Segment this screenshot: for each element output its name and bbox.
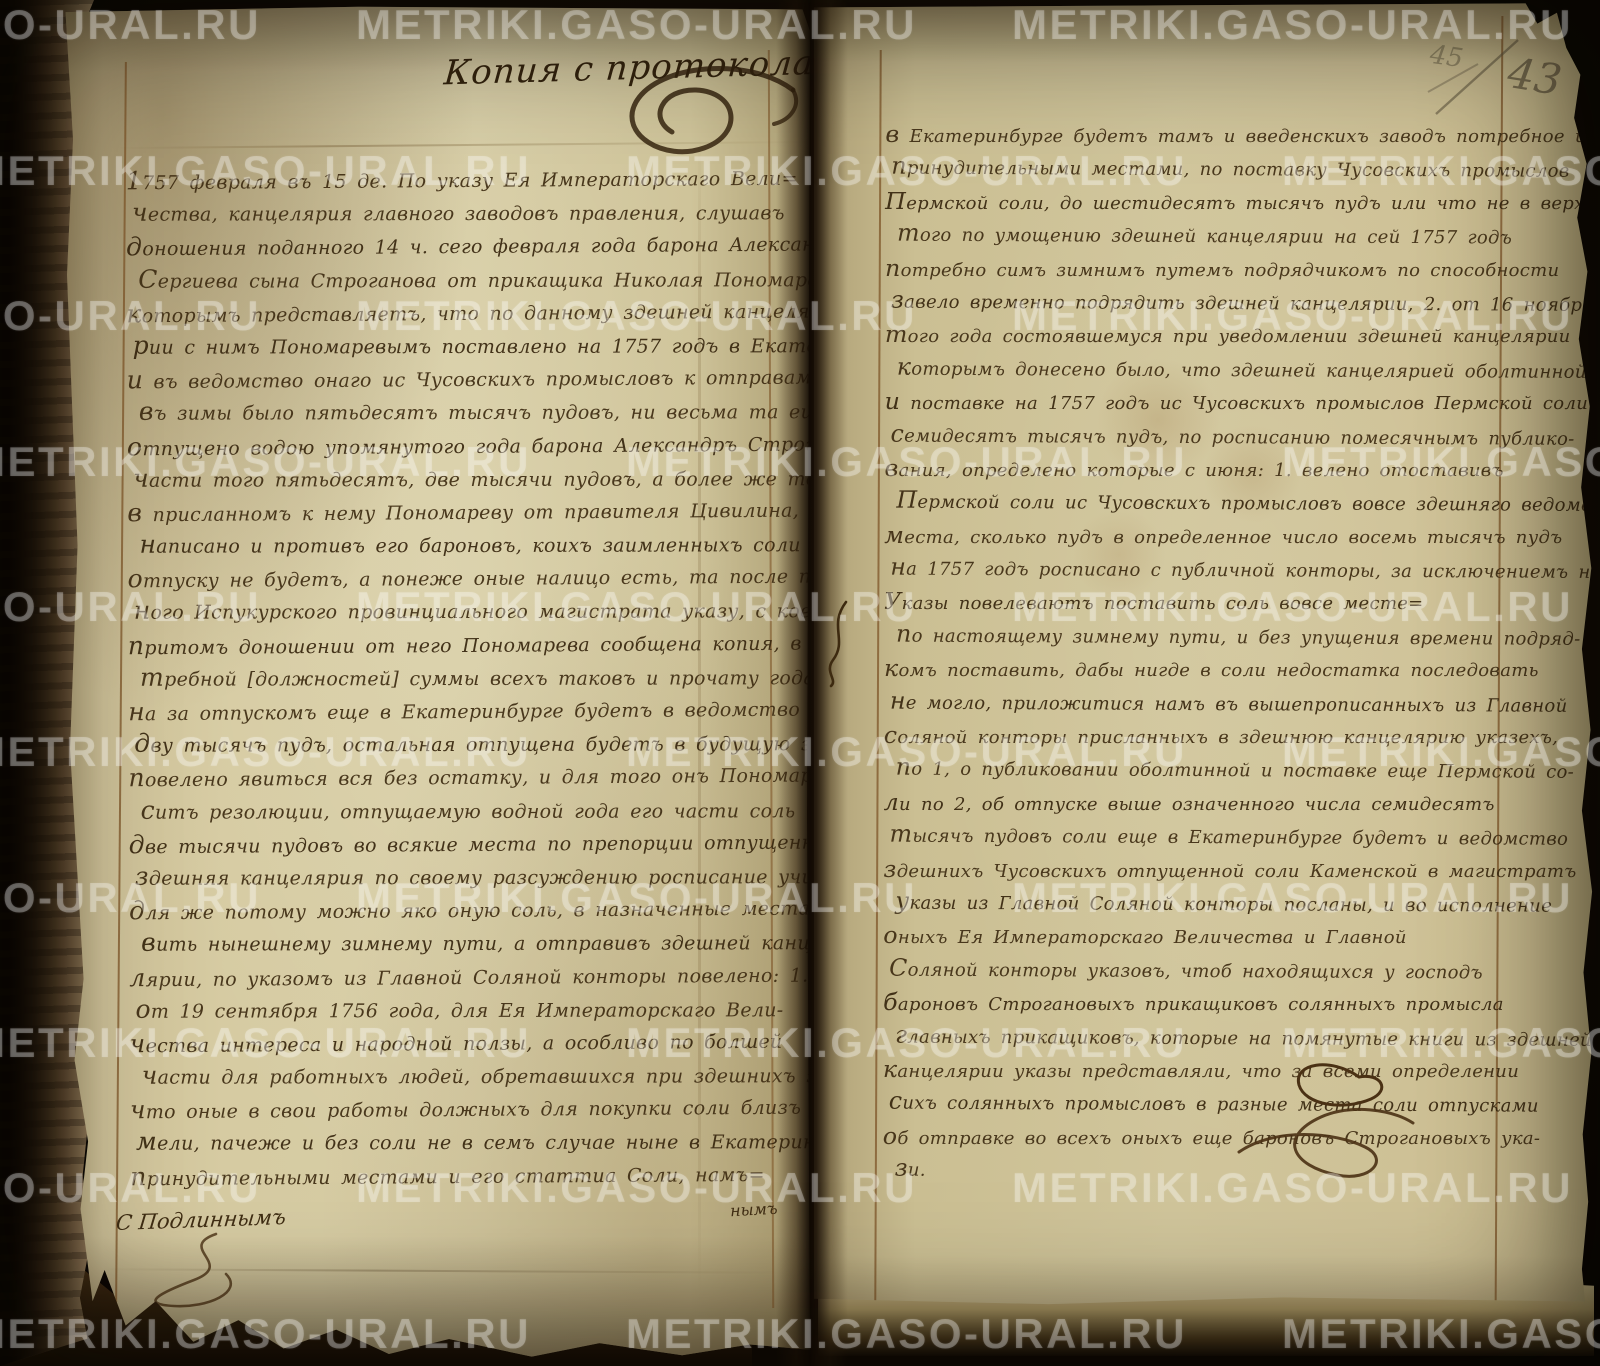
manuscript-line: того года состоявшемуся при уведомлении …: [885, 318, 1493, 351]
manuscript-line: части того пятьдесятъ, две тысячи пудовъ…: [133, 460, 789, 495]
manuscript-line: места, сколько пудъ в определенное число…: [884, 519, 1492, 552]
manuscript-line: доношения поданного 14 ч. сего февраля г…: [126, 226, 788, 264]
left-page-left-margin-rule: [115, 62, 127, 1302]
manuscript-line: завело временно подрядить здешней канцел…: [891, 284, 1493, 320]
manuscript-line: которымъ представляетъ, что по данному з…: [126, 292, 788, 330]
manuscript-line: от 19 сентября 1756 года, для Ея Императ…: [135, 991, 791, 1026]
manuscript-line: которымъ донесено было, что здешней канц…: [897, 350, 1493, 386]
manuscript-line: здешняя канцелярия по своему разсуждению…: [135, 858, 791, 893]
manuscript-line: здешнихъ Чусовскихъ отпущенной соли Каме…: [883, 853, 1491, 886]
manuscript-line: дву тысячъ пудъ, остальная отпущена буде…: [134, 725, 790, 760]
manuscript-line: две тысячи пудовъ во всякие места по пре…: [129, 823, 791, 861]
manuscript-line: на 1757 годъ росписано с публичной конто…: [890, 551, 1492, 587]
catchword: нымъ: [730, 1199, 778, 1220]
manuscript-line: вить нынешнему зимнему пути, а отправивъ…: [141, 925, 791, 960]
manuscript-line: написано и противъ его бароновъ, коихъ з…: [139, 526, 789, 561]
manuscript-line: соляной конторы присланныхъ в здешнюю ка…: [884, 719, 1492, 752]
left-page: Копия с протокола 1757 февраля въ 15 де.…: [58, 4, 810, 1358]
manuscript-line: требной [должностей] суммы всехъ таковъ …: [140, 659, 790, 694]
manuscript-line: 1757 февраля въ 15 де. По указу Ея Импер…: [126, 160, 788, 198]
manuscript-line: принудительными местами и его статтиа Со…: [130, 1155, 792, 1193]
manuscript-line: оныхъ Ея Императорскаго Величества и Гла…: [883, 919, 1491, 952]
manuscript-line: по 1, о публиковании оболтинной и постав…: [896, 751, 1492, 787]
right-page: 43 45 в Екатеринбурге будетъ тамъ и введ…: [814, 2, 1596, 1350]
manuscript-line: семидесятъ тысячъ пудъ, по росписанию по…: [890, 417, 1492, 453]
manuscript-line: отпуску не будетъ, а понеже оные налицо …: [127, 558, 789, 596]
signature-flourish-icon: [1209, 1052, 1444, 1207]
closing-flourish-icon: [116, 1230, 286, 1310]
manuscript-line: чества, канцелярия главного заводовъ пра…: [132, 194, 788, 229]
manuscript-line: притомъ доношении от него Пономарева соо…: [128, 624, 790, 662]
manuscript-line: для же потому можно яко оную соль, в наз…: [129, 890, 791, 928]
margin-mark-icon: [820, 598, 864, 688]
manuscript-line: указы из Главной Соляной конторы посланы…: [895, 885, 1491, 921]
manuscript-line: и поставке на 1757 годъ ис Чусовскихъ пр…: [885, 385, 1493, 418]
manuscript-line: вания, определено которые с июня: 1. вел…: [884, 452, 1492, 485]
manuscript-line: въ зимы было пятьдесятъ тысячъ пудовъ, н…: [139, 394, 789, 429]
manuscript-line: потребно симъ зимнимъ путемъ подрядчиком…: [885, 252, 1493, 285]
manuscript-line: ного Испукурского провинциального магист…: [134, 593, 790, 628]
manuscript-line: части для работныхъ людей, обретавшихся …: [142, 1057, 792, 1092]
manuscript-line: мели, пачеже и без соли не в семъ случае…: [136, 1124, 792, 1159]
manuscript-line: тысячъ пудовъ соли еще в Екатеринбурге б…: [889, 818, 1491, 854]
manuscript-scan-photo: Копия с протокола 1757 февраля въ 15 де.…: [0, 0, 1600, 1366]
manuscript-line: комъ поставить, дабы нигде в соли недост…: [884, 652, 1492, 685]
manuscript-line: Указы повелеваютъ поставить соль вовсе м…: [884, 585, 1492, 618]
manuscript-line: лярии, по указомъ из Главной Соляной кон…: [129, 956, 791, 994]
manuscript-line: бароновъ Строгановыхъ прикащиковъ солянн…: [883, 986, 1491, 1019]
manuscript-line: не могло, приложитися намъ въ вышепропис…: [890, 684, 1492, 720]
manuscript-line: что оные в свои работы должныхъ для поку…: [130, 1089, 792, 1127]
right-page-text-block: в Екатеринбурге будетъ тамъ и введенских…: [883, 117, 1494, 1187]
manuscript-line: принудительными местами, по поставку Чус…: [891, 150, 1493, 186]
manuscript-line: Соляной конторы указовъ, чтоб находящихс…: [889, 951, 1491, 987]
pencil-stroke-icon: [1420, 30, 1540, 130]
right-page-left-margin-rule: [874, 50, 881, 1306]
manuscript-line: повелено явиться вся без остатку, и для …: [128, 757, 790, 795]
manuscript-line: главныхъ прикащиковъ, которые на помянут…: [895, 1018, 1491, 1054]
manuscript-line: по настоящему зимнему пути, и без упущен…: [896, 617, 1492, 653]
manuscript-line: того по умощению здешней канцелярии на с…: [897, 217, 1493, 253]
manuscript-line: рии с нимъ Пономаревымъ поставлено на 17…: [133, 327, 789, 362]
manuscript-line: на за отпускомъ еще в Екатеринбурге буде…: [128, 691, 790, 729]
manuscript-line: ситъ резолюции, отпущаемую водной года е…: [141, 792, 791, 827]
manuscript-line: Сергиева сына Строганова от прикащика Ни…: [138, 261, 788, 296]
manuscript-line: в присланномъ к нему Пономареву от прави…: [127, 492, 789, 530]
manuscript-line: Пермской соли, до шестидесятъ тысячъ пуд…: [885, 185, 1493, 218]
manuscript-line: ли по 2, об отпуске выше означенного чис…: [884, 786, 1492, 819]
manuscript-line: и въ ведомство онаго ис Чусовскихъ промы…: [127, 359, 789, 397]
left-page-text-block: 1757 февраля въ 15 де. По указу Ея Импер…: [126, 161, 792, 1193]
manuscript-line: в Екатеринбурге будетъ тамъ и введенских…: [885, 118, 1493, 151]
manuscript-line: чества интереса и народной ползы, а особ…: [129, 1023, 791, 1061]
manuscript-line: Пермской соли ис Чусовскихъ промысловъ в…: [896, 484, 1492, 520]
manuscript-line: отпущено водою упомянутого года барона А…: [127, 425, 789, 463]
